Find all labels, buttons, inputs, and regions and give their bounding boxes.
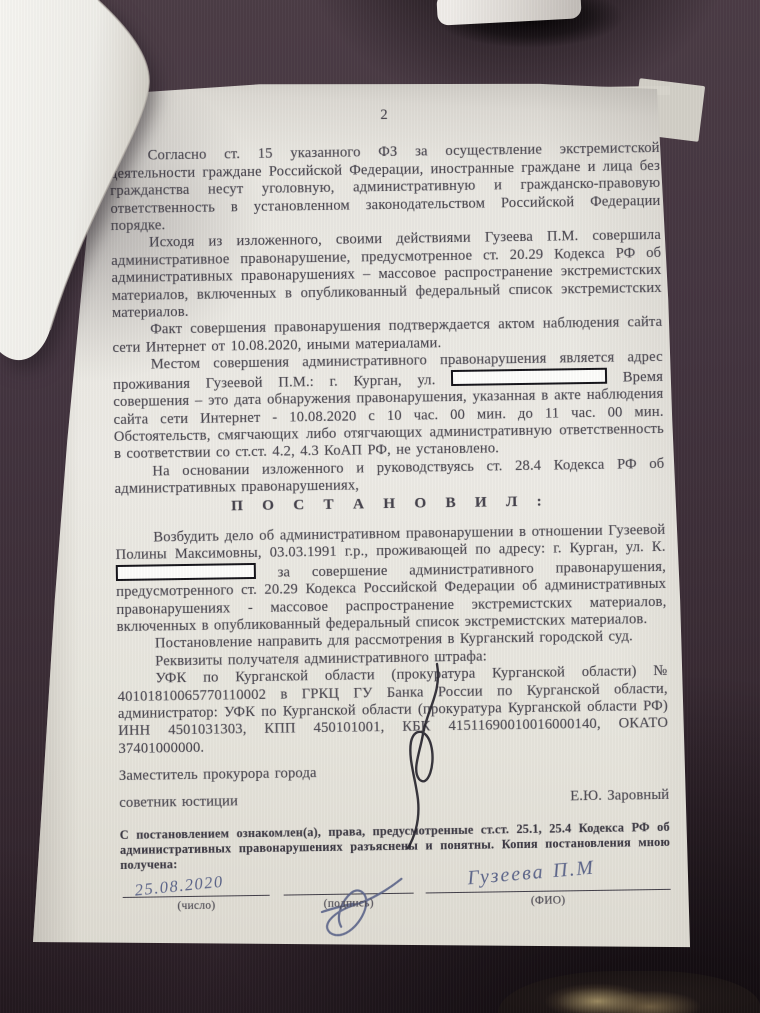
name-line-label: (ФИО) <box>425 891 671 912</box>
paragraph-resolution-case: Возбудить дело об административном право… <box>115 522 667 637</box>
dark-object <box>498 971 760 1013</box>
signer-position: Заместитель прокурора города <box>119 765 317 785</box>
curled-sheet-corner <box>0 0 210 430</box>
signature-line: (подпись) <box>284 892 414 895</box>
date-line-label: (число) <box>123 897 270 917</box>
document-photo: 2 Согласно ст. 15 указанного ФЗ за осуще… <box>0 0 760 1013</box>
signature-lines-row: 25.08.2020 (число) (подпись) Гузеева П.М… <box>121 889 671 898</box>
signer-name: Е.Ю. Заровный <box>570 786 669 805</box>
prosecutor-signature-icon <box>385 658 479 862</box>
date-line: 25.08.2020 (число) <box>123 895 270 898</box>
redaction-box-address-2 <box>116 563 256 581</box>
name-line: Гузеева П.М (ФИО) <box>425 889 670 894</box>
signature-line-label: (подпись) <box>284 894 414 913</box>
redaction-box-address <box>451 367 607 385</box>
handwritten-date: 25.08.2020 <box>134 872 225 898</box>
signer-rank: советник юстиции <box>119 793 238 812</box>
paragraph-resolution-before: Возбудить дело об административном право… <box>116 522 666 564</box>
